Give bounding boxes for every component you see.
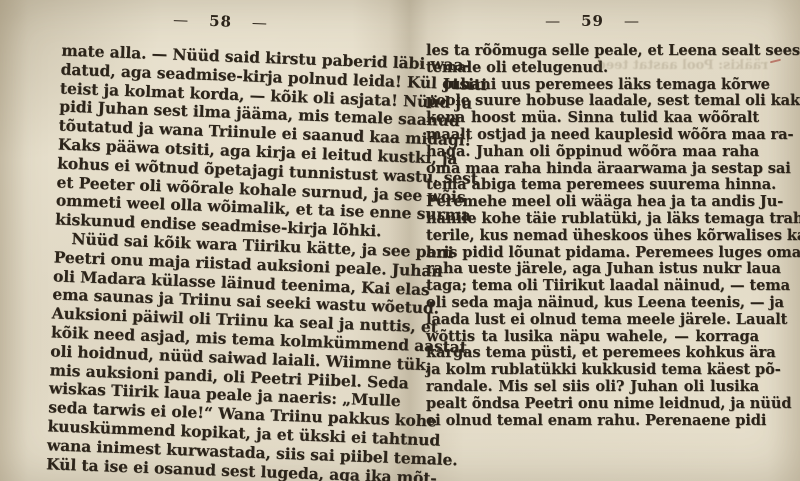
header-dash-left: — bbox=[545, 12, 561, 30]
page-58: — 58 — mate alla. — Nüüd said kirstu pab… bbox=[31, 6, 394, 481]
text-line: maalt ostjad ja need kauplesid wõõra maa… bbox=[426, 127, 759, 144]
text-line: raha ueste järele, aga Juhan istus nukr … bbox=[426, 261, 759, 278]
page-number-58: 58 bbox=[209, 12, 233, 31]
text-line: bris pidid lõunat pidama. Peremees luges… bbox=[426, 245, 759, 262]
header-dash-right: — bbox=[624, 12, 640, 30]
text-line: oli seda maja näinud, kus Leena teenis, … bbox=[426, 295, 759, 312]
text-line: randale. Mis sel siis oli? Juhan oli lus… bbox=[426, 379, 759, 396]
text-line: haga. Juhan oli õppinud wõõra maa raha bbox=[426, 144, 759, 161]
text-line: pealt õndsa Peetri onu nime leidnud, ja … bbox=[426, 396, 759, 413]
text-line: kargas tema püsti, et peremees kohkus är… bbox=[426, 345, 759, 362]
text-line: taga; tema oli Tiirikut laadal näinud, —… bbox=[426, 278, 759, 295]
page-58-text-block: mate alla. — Nüüd said kirstu paberid lä… bbox=[46, 42, 392, 481]
text-line: terile, kus nemad üheskoos ühes kõrwalis… bbox=[426, 228, 759, 245]
header-dash-right: — bbox=[252, 13, 269, 32]
page-59-text-block: les ta rõõmuga selle peale, et Leena sea… bbox=[426, 43, 759, 429]
text-line: tema abiga tema peremees suurema hinna. bbox=[426, 177, 759, 194]
text-line: temale oli etelugenud. bbox=[426, 60, 759, 77]
header-dash-left: — bbox=[173, 11, 190, 30]
book-spread-scan: — 58 — mate alla. — Nüüd said kirstu pab… bbox=[0, 0, 800, 481]
text-line: kena hoost müa. Sinna tulid kaa wõõralt bbox=[426, 110, 759, 127]
text-line: poole suure hobuse laadale, sest temal o… bbox=[426, 93, 759, 110]
text-line: ja kolm rublatükki kukkusid tema käest p… bbox=[426, 362, 759, 379]
text-line: oma maa raha hinda äraarwama ja sestap s… bbox=[426, 161, 759, 178]
page-number-59: 59 bbox=[581, 12, 604, 30]
page-59-header: — 59 — bbox=[424, 12, 761, 30]
text-line: wõttis ta lusika näpu wahele, — korraga bbox=[426, 329, 759, 346]
page-58-header: — 58 — bbox=[47, 6, 393, 37]
text-line: ei olnud temal enam rahu. Perenaene pidi bbox=[426, 413, 759, 430]
page-59: rääkis: Pool aastat teed — 59 — les ta r… bbox=[424, 12, 761, 429]
text-line: hanile kohe täie rublatüki, ja läks tema… bbox=[426, 211, 759, 228]
red-pencil-mark bbox=[770, 59, 781, 64]
text-line: Peremehe meel oli wääga hea ja ta andis … bbox=[426, 194, 759, 211]
text-line: les ta rõõmuga selle peale, et Leena sea… bbox=[426, 43, 759, 60]
text-line: Juhani uus peremees läks temaga kõrwe bbox=[426, 77, 759, 94]
text-line: laada lust ei olnud tema meele järele. L… bbox=[426, 312, 759, 329]
